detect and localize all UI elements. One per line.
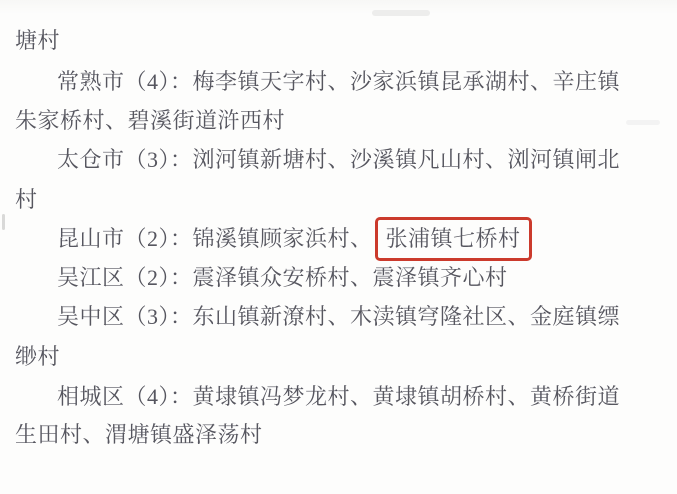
document-line-kunshan: 昆山市（2）：锦溪镇顾家浜村、张浦镇七桥村: [57, 226, 532, 251]
document-line-wuzhong: 吴中区（3）：东山镇新潦村、木渎镇穹隆社区、金庭镇缥: [57, 304, 620, 329]
document-line-wrap-continuation: 生田村、渭塘镇盛泽荡村: [15, 422, 263, 447]
document-line-wrap-continuation: 缈村: [15, 344, 60, 369]
highlight-box-zhangpu-qiqiao-village: 张浦镇七桥村: [375, 217, 532, 261]
scan-artifact: [2, 214, 5, 230]
document-line-xiangcheng: 相城区（4）：黄埭镇冯梦龙村、黄埭镇胡桥村、黄桥街道: [57, 384, 620, 409]
document-line-wrap-continuation: 朱家桥村、碧溪街道浒西村: [15, 108, 285, 133]
document-line-wrap-continuation: 村: [15, 187, 38, 212]
scan-smudge: [626, 120, 660, 125]
document-line-wujiang: 吴江区（2）：震泽镇众安桥村、震泽镇齐心村: [57, 265, 508, 290]
line-text: 昆山市（2）：锦溪镇顾家浜村、: [57, 226, 373, 251]
document-line-wrap-continuation: 塘村: [15, 28, 60, 53]
document-line-taicang: 太仓市（3）：浏河镇新塘村、沙溪镇凡山村、浏河镇闸北: [57, 147, 620, 172]
scanned-document-page: 塘村 常熟市（4）：梅李镇天字村、沙家浜镇昆承湖村、辛庄镇 朱家桥村、碧溪街道浒…: [0, 0, 677, 494]
document-line-changshu: 常熟市（4）：梅李镇天字村、沙家浜镇昆承湖村、辛庄镇: [57, 69, 620, 94]
scan-smudge: [372, 10, 430, 16]
